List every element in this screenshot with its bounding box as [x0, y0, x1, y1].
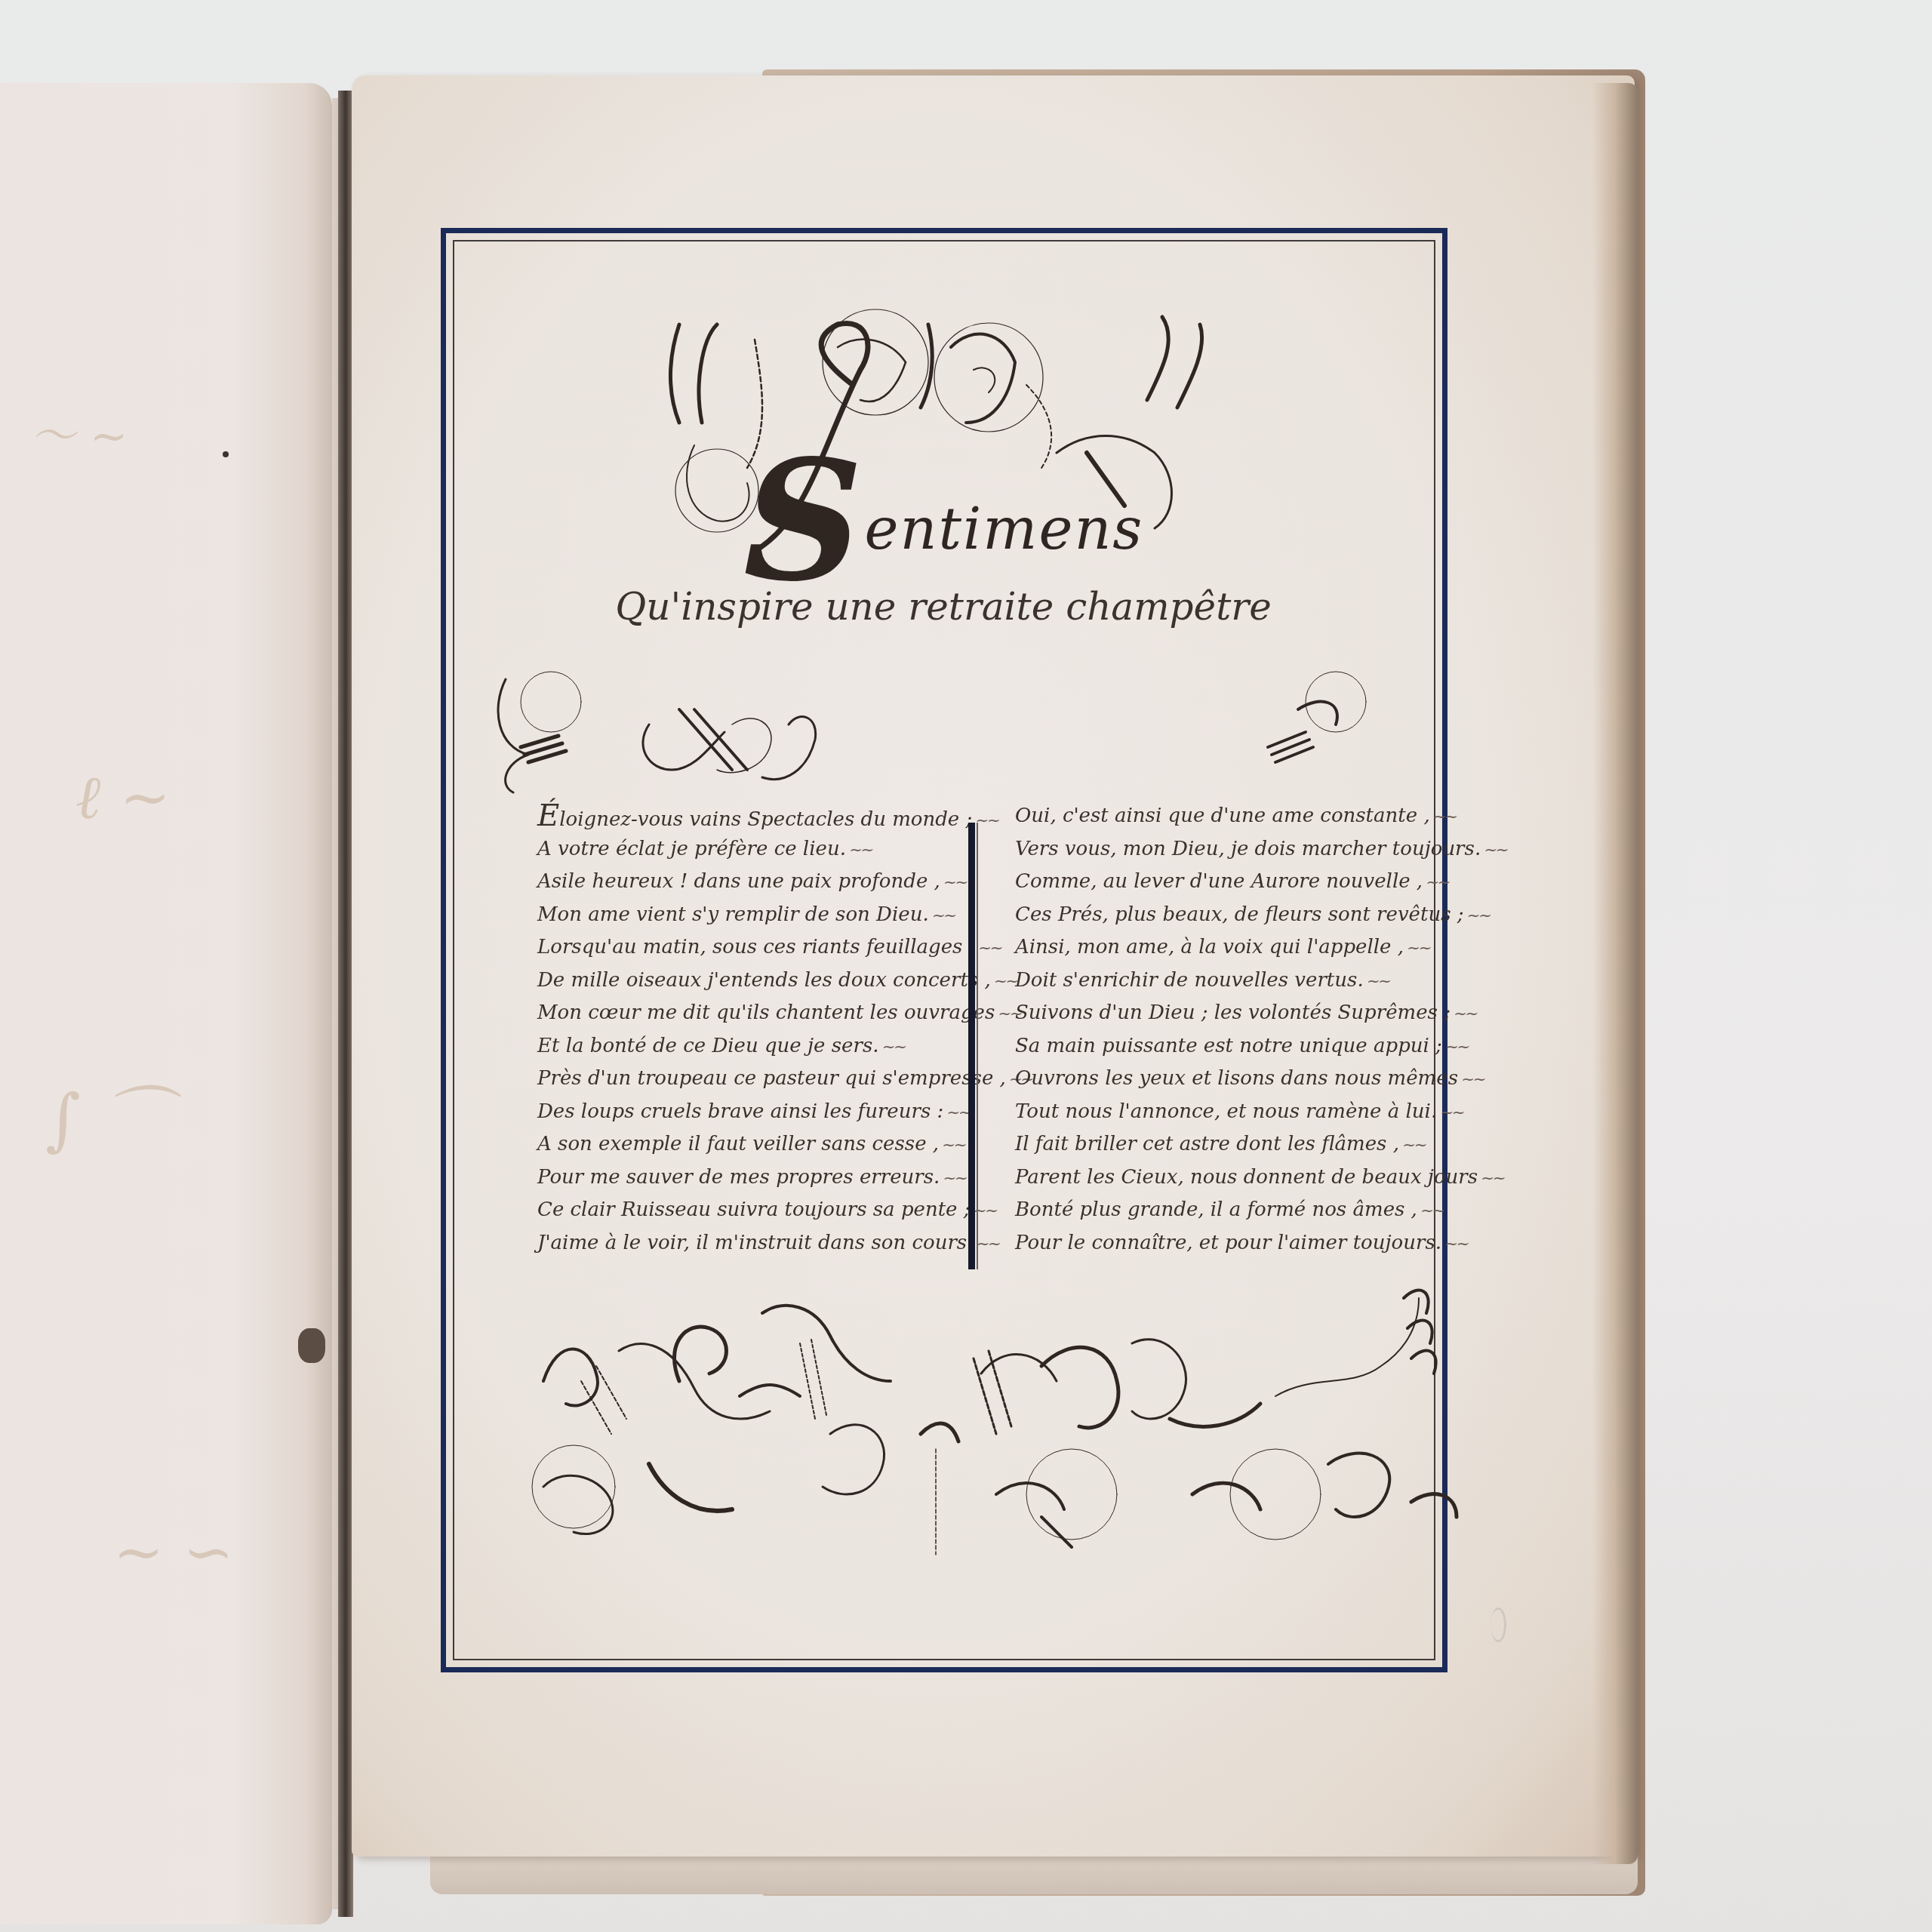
- verse-line: Près d'un troupeau ce pasteur qui s'empr…: [537, 1063, 960, 1096]
- verse-line: Comme, au lever d'une Aurore nouvelle ,: [1015, 866, 1468, 899]
- heading-rest: entimens: [865, 495, 1144, 562]
- verse-line: Éloignez-vous vains Spectacles du monde …: [537, 800, 960, 833]
- manuscript-page-edge: [1592, 83, 1638, 1864]
- verse-line: A son exemple il faut veiller sans cesse…: [537, 1128, 960, 1161]
- ink-speck: [223, 451, 229, 457]
- verse-line: Ainsi, mon ame, à la voix qui l'appelle …: [1015, 931, 1468, 964]
- verse-line: Pour me sauver de mes propres erreurs.: [537, 1161, 960, 1195]
- verse-line: Mon cœur me dit qu'ils chantent les ouvr…: [537, 997, 960, 1030]
- ink-blot: [298, 1328, 325, 1363]
- bleed-through-mark: ~ ∽: [113, 1517, 234, 1587]
- verse-line: Mon ame vient s'y remplir de son Dieu.: [537, 899, 960, 932]
- verse-line: Bonté plus grande, il a formé nos âmes ,: [1015, 1194, 1468, 1227]
- verse-line: Des loups cruels brave ainsi les fureurs…: [537, 1096, 960, 1129]
- book-gutter: [338, 91, 353, 1917]
- verse-line: J'aime à le voir, il m'instruit dans son…: [537, 1227, 960, 1260]
- heading: Sentimens: [528, 392, 1358, 588]
- verse-line: Pour le connaître, et pour l'aimer toujo…: [1015, 1227, 1468, 1260]
- verse-line: Oui, c'est ainsi que d'une ame constante…: [1015, 800, 1468, 833]
- verse-line: Suivons d'un Dieu ; les volontés Suprême…: [1015, 997, 1468, 1030]
- verse-line: Parent les Cieux, nous donnent de beaux …: [1015, 1161, 1468, 1195]
- verse-line: Lorsqu'au matin, sous ces riants feuilla…: [537, 931, 960, 964]
- subtitle: Qu'inspire une retraite champêtre: [528, 585, 1358, 629]
- verse-line: Ces Prés, plus beaux, de fleurs sont rev…: [1015, 899, 1468, 932]
- poem-left-column: Éloignez-vous vains Spectacles du monde …: [537, 800, 960, 1260]
- left-page: 〜 ~ ℓ ~ ∫ ⌒ ~ ∽: [0, 83, 332, 1924]
- bleed-through-mark: ∫ ⌒: [45, 1064, 171, 1162]
- verse-line: Il fait briller cet astre dont les flâme…: [1015, 1128, 1468, 1161]
- column-divider: [968, 823, 975, 1269]
- verse-line: Et la bonté de ce Dieu que je sers.: [537, 1030, 960, 1063]
- poem-right-column: Oui, c'est ainsi que d'une ame constante…: [1015, 800, 1468, 1260]
- verse-line: Ce clair Ruisseau suivra toujours sa pen…: [537, 1194, 960, 1227]
- mid-flourish-ornament: [483, 664, 1464, 800]
- verse-line: Asile heureux ! dans une paix profonde ,: [537, 866, 960, 899]
- bottom-flourish-ornament: [513, 1268, 1494, 1570]
- verse-line: Tout nous l'annonce, et nous ramène à lu…: [1015, 1096, 1468, 1129]
- bleed-through-mark: 〜 ~: [30, 400, 128, 465]
- verse-line: Vers vous, mon Dieu, je dois marcher tou…: [1015, 833, 1468, 866]
- bleed-through-mark: ℓ ~: [75, 762, 171, 833]
- verse-line: Sa main puissante est notre unique appui…: [1015, 1030, 1468, 1063]
- frame-corner-curl: [1491, 1607, 1506, 1642]
- verse-line: A votre éclat je préfère ce lieu.: [537, 833, 960, 866]
- verse-line: De mille oiseaux j'entends les doux conc…: [537, 964, 960, 998]
- verse-line: Ouvrons les yeux et lisons dans nous mêm…: [1015, 1063, 1468, 1096]
- verse-line: Doit s'enrichir de nouvelles vertus.: [1015, 964, 1468, 998]
